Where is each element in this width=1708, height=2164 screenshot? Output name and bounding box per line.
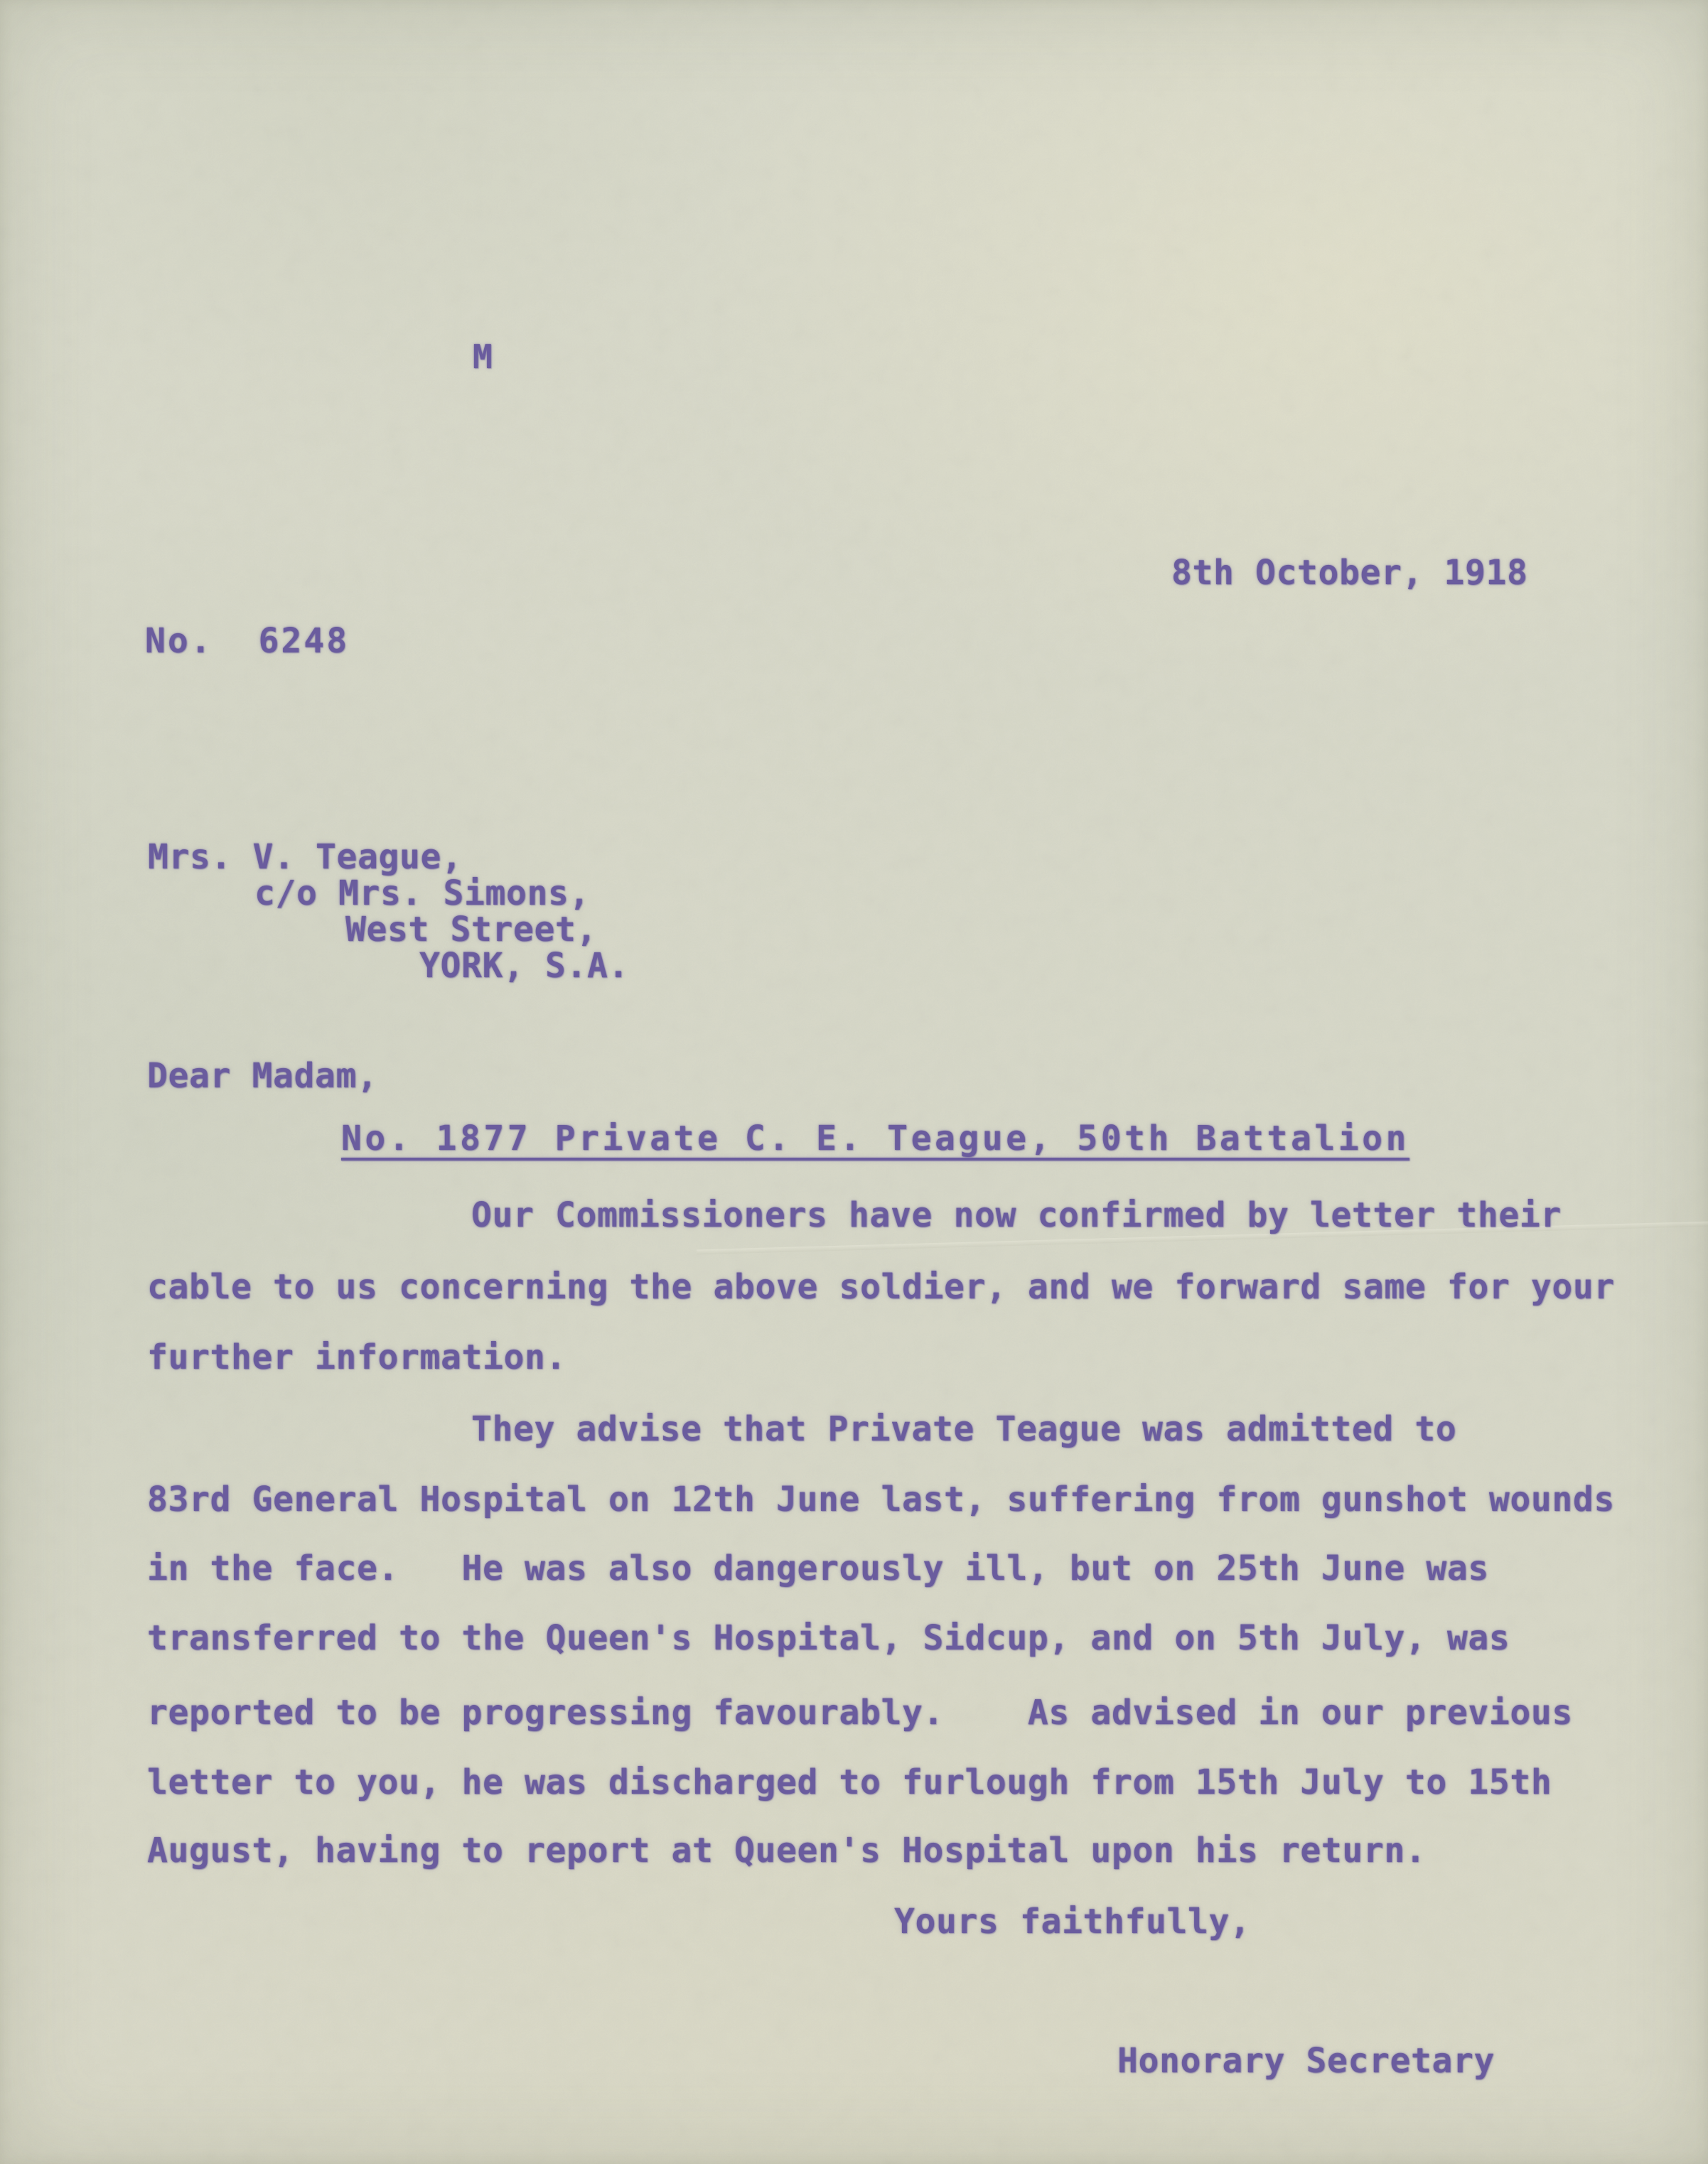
letter-page: M 8th October, 1918 No. 6248 Mrs. V. Tea… [0, 0, 1708, 2164]
body-line: reported to be progressing favourably. A… [147, 1696, 1573, 1730]
body-line: 83rd General Hospital on 12th June last,… [147, 1482, 1615, 1517]
body-line: They advise that Private Teague was admi… [471, 1412, 1456, 1446]
reference-mark: M [473, 340, 493, 374]
address-line: West Street, [345, 913, 597, 947]
complimentary-close: Yours faithfully, [894, 1905, 1250, 1939]
address-line: YORK, S.A. [419, 949, 629, 983]
body-line: further information. [147, 1340, 566, 1374]
salutation: Dear Madam, [147, 1059, 377, 1093]
body-line: in the face. He was also dangerously ill… [147, 1551, 1489, 1586]
body-line: August, having to report at Queen's Hosp… [147, 1834, 1426, 1868]
body-line: cable to us concerning the above soldier… [147, 1270, 1615, 1304]
letter-date: 8th October, 1918 [1171, 556, 1527, 590]
body-line: Our Commissioners have now confirmed by … [471, 1198, 1562, 1232]
signature-title: Honorary Secretary [1117, 2044, 1495, 2078]
address-line: Mrs. V. Teague, [148, 840, 462, 874]
body-line: letter to you, he was discharged to furl… [147, 1765, 1552, 1799]
address-line: c/o Mrs. Simons, [254, 876, 590, 910]
subject-line: No. 1877 Private C. E. Teague, 50th Batt… [341, 1121, 1409, 1156]
reference-number: No. 6248 [145, 624, 349, 658]
body-line: transferred to the Queen's Hospital, Sid… [147, 1621, 1510, 1655]
